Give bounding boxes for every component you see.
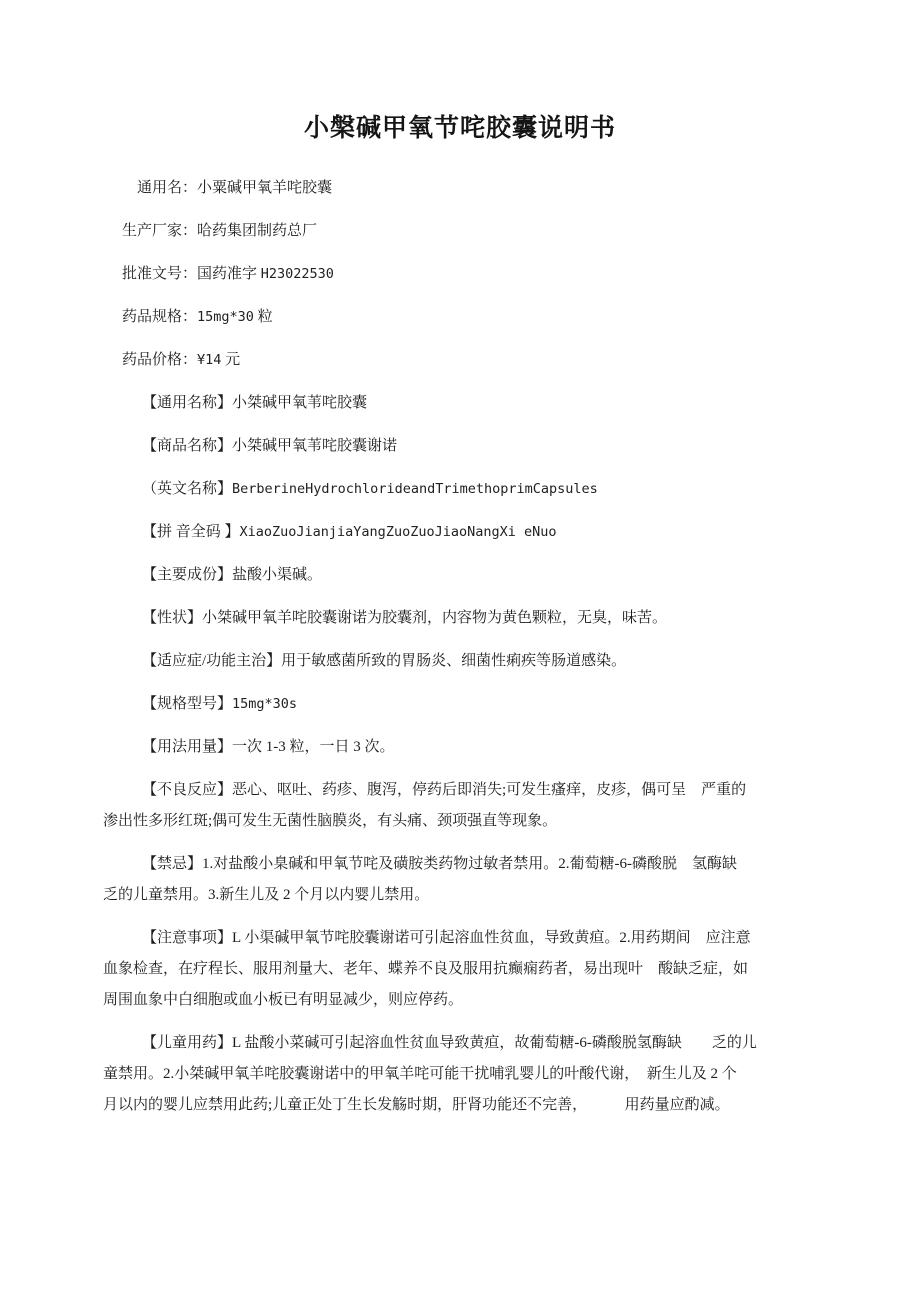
pinyin-code-label: 【拼 音全码 】: [142, 524, 240, 540]
english-name-value: BerberineHydrochlorideandTrimethoprimCap…: [232, 481, 598, 497]
precautions-line-1: 【注意事项】L 小渠碱甲氧节咤胶囊谢诺可引起溶血性贫血，导致黄疸。2.用药期间 …: [103, 923, 832, 954]
approval-number-line: 批准文号：国药准字 H23022530: [103, 259, 832, 290]
section-indications: 【适应症/功能主治】用于敏感菌所致的胃肠炎、细菌性痢疾等肠道感染。: [103, 646, 832, 677]
section-trade-name: 【商品名称】小桀碱甲氧苇咤胶囊谢诺: [103, 431, 832, 462]
approval-number-value: H23022530: [261, 266, 334, 282]
section-english-name: （英文名称】BerberineHydrochlorideandTrimethop…: [103, 474, 832, 505]
pediatric-use-line-2: 童禁用。2.小桀碱甲氧羊咤胶囊谢诺中的甲氧羊咤可能干扰哺乳婴儿的叶酸代谢， 新生…: [103, 1059, 832, 1090]
spec-value: 15mg*30: [197, 309, 254, 325]
section-pinyin-code: 【拼 音全码 】XiaoZuoJianjiaYangZuoZuoJiaoNang…: [103, 517, 832, 548]
generic-name-line: 通用名：小粟碱甲氧羊咤胶囊: [103, 173, 832, 204]
spec-model-label: 【规格型号】: [142, 696, 232, 712]
spec-label: 药品规格：: [122, 309, 197, 325]
price-unit: 元: [221, 352, 240, 368]
spec-line: 药品规格：15mg*30 粒: [103, 302, 832, 333]
pinyin-code-value: XiaoZuoJianjiaYangZuoZuoJiaoNangXi eNuo: [240, 524, 557, 540]
section-pediatric-use: 【儿童用药】L 盐酸小菜碱可引起溶血性贫血导致黄疸，故葡萄糖-6-磷酸脱氢酶缺 …: [103, 1028, 832, 1121]
section-appearance: 【性状】小桀碱甲氧羊咤胶囊谢诺为胶囊剂，内容物为黄色颗粒，无臭，味苦。: [103, 603, 832, 634]
generic-name-value: 小粟碱甲氧羊咤胶囊: [197, 180, 332, 196]
price-line: 药品价格：¥14 元: [103, 345, 832, 376]
manufacturer-value: 哈药集团制药总厂: [197, 223, 317, 239]
section-contraindications: 【禁忌】1.对盐酸小臬碱和甲氧节咤及磺胺类药物过敏者禁用。2.葡萄糖-6-磷酸脱…: [103, 849, 832, 911]
document-page: 小槃碱甲氧节咤胶囊说明书 通用名：小粟碱甲氧羊咤胶囊 生产厂家：哈药集团制药总厂…: [0, 0, 920, 1301]
section-spec-model: 【规格型号】15mg*30s: [103, 689, 832, 720]
approval-number-label: 批准文号：: [122, 266, 197, 282]
section-adverse-reactions: 【不良反应】恶心、呕吐、药疹、腹泻，停药后即消失;可发生瘙痒，皮疹，偶可呈 严重…: [103, 775, 832, 837]
price-label: 药品价格：: [122, 352, 197, 368]
adverse-reactions-line-2: 渗出性多形红斑;偶可发生无菌性脑膜炎，有头痛、颈项强直等现象。: [103, 806, 832, 837]
section-generic-name: 【通用名称】小桀碱甲氧苇咤胶囊: [103, 388, 832, 419]
contraindications-line-1: 【禁忌】1.对盐酸小臬碱和甲氧节咤及磺胺类药物过敏者禁用。2.葡萄糖-6-磷酸脱…: [103, 849, 832, 880]
spec-model-value: 15mg*30s: [232, 696, 297, 712]
price-value: ¥14: [197, 352, 221, 368]
contraindications-line-2: 乏的儿童禁用。3.新生儿及 2 个月以内婴儿禁用。: [103, 880, 832, 911]
section-main-ingredient: 【主要成份】盐酸小渠碱。: [103, 560, 832, 591]
approval-number-prefix: 国药准字: [197, 266, 261, 282]
english-name-label: （英文名称】: [142, 481, 232, 497]
adverse-reactions-line-1: 【不良反应】恶心、呕吐、药疹、腹泻，停药后即消失;可发生瘙痒，皮疹，偶可呈 严重…: [103, 775, 832, 806]
precautions-line-2: 血象检查，在疗程长、服用剂量大、老年、蝶养不良及服用抗癫痫药者，易出现叶 酸缺乏…: [103, 954, 832, 985]
section-precautions: 【注意事项】L 小渠碱甲氧节咤胶囊谢诺可引起溶血性贫血，导致黄疸。2.用药期间 …: [103, 923, 832, 1016]
spec-unit: 粒: [254, 309, 273, 325]
document-body: 通用名：小粟碱甲氧羊咤胶囊 生产厂家：哈药集团制药总厂 批准文号：国药准字 H2…: [103, 173, 832, 1121]
pediatric-use-line-3: 月以内的婴儿应禁用此药;儿童正处丁生长发觞时期，肝肾功能还不完善， 用药量应酌减…: [103, 1090, 832, 1121]
section-dosage: 【用法用量】一次 1-3 粒，一日 3 次。: [103, 732, 832, 763]
precautions-line-3: 周围血象中白细胞或血小板已有明显减少，则应停药。: [103, 985, 832, 1016]
generic-name-label: 通用名：: [137, 180, 197, 196]
manufacturer-line: 生产厂家：哈药集团制药总厂: [103, 216, 832, 247]
pediatric-use-line-1: 【儿童用药】L 盐酸小菜碱可引起溶血性贫血导致黄疸，故葡萄糖-6-磷酸脱氢酶缺 …: [103, 1028, 832, 1059]
page-title: 小槃碱甲氧节咤胶囊说明书: [0, 0, 920, 146]
manufacturer-label: 生产厂家：: [122, 223, 197, 239]
